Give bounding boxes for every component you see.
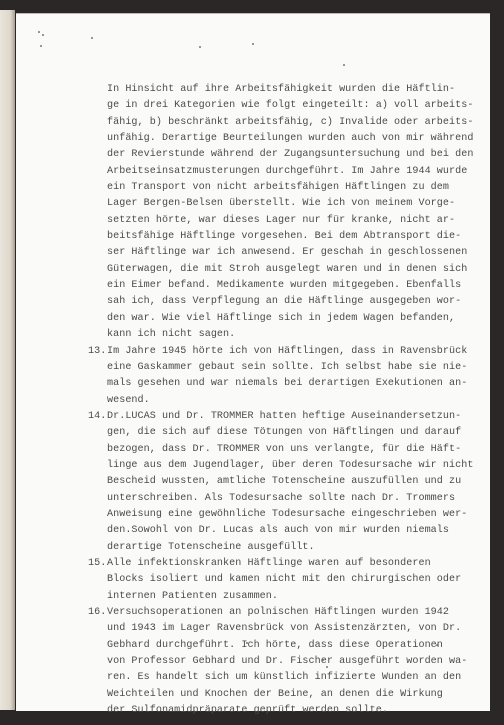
text-line: gen, die sich auf diese Tötungen von Häf… <box>107 425 492 441</box>
numbered-item-14: 14. Dr.LUCAS und Dr. TROMMER hatten heft… <box>107 409 492 556</box>
text-line: ge in drei Kategorien wie folgt eingetei… <box>107 98 492 114</box>
text-line: der Revierstunde während der Zugangsunte… <box>107 147 492 163</box>
text-line: Im Jahre 1945 hörte ich von Häftlingen, … <box>107 344 492 360</box>
text-line: derartige Totenscheine ausgefüllt. <box>107 540 492 556</box>
text-line: den.Sowohl von Dr. Lucas als auch von mi… <box>107 523 492 539</box>
text-line: ein Eimer befand. Medikamente wurden mit… <box>107 278 492 294</box>
text-line: In Hinsicht auf ihre Arbeitsfähigkeit wu… <box>107 82 492 98</box>
page-edge-strip <box>0 10 15 710</box>
text-line: Anweisung eine gewöhnliche Todesursache … <box>107 507 492 523</box>
paper-speck <box>38 31 40 33</box>
text-line: setzten hörte, war dieses Lager nur für … <box>107 213 492 229</box>
document-body: In Hinsicht auf ihre Arbeitsfähigkeit wu… <box>107 82 492 719</box>
text-line: beitsfähige Häftlinge vorgesehen. Bei de… <box>107 229 492 245</box>
text-line: Lager Bergen-Belsen überstellt. Wie ich … <box>107 196 492 212</box>
text-line: den war. Wie viel Häftlinge sich in jede… <box>107 311 492 327</box>
item-number: 13. <box>88 344 106 360</box>
text-line: sah ich, dass Verpflegung an die Häftlin… <box>107 294 492 310</box>
text-line: mals gesehen und war niemals bei derarti… <box>107 376 492 392</box>
text-line: Versuchsoperationen an polnischen Häftli… <box>107 605 492 621</box>
text-line: internen Patienten zusammen. <box>107 589 492 605</box>
text-line: Weichteilen und Knochen der Beine, an de… <box>107 687 492 703</box>
text-line: Alle infektionskranken Häftlinge waren a… <box>107 556 492 572</box>
text-line: ren. Es handelt sich um künstlich infizi… <box>107 670 492 686</box>
text-line: Dr.LUCAS und Dr. TROMMER hatten heftige … <box>107 409 492 425</box>
item-number: 14. <box>88 409 106 425</box>
typewritten-page: In Hinsicht auf ihre Arbeitsfähigkeit wu… <box>16 13 490 711</box>
text-line: kann ich nicht sagen. <box>107 327 492 343</box>
item-number: 16. <box>88 605 106 621</box>
item-number: 15. <box>88 556 106 572</box>
text-line: Gebhard durchgeführt. Ich hörte, dass di… <box>107 638 492 654</box>
text-line: Güterwagen, die mit Stroh ausgelegt ware… <box>107 262 492 278</box>
numbered-item-15: 15. Alle infektionskranken Häftlinge war… <box>107 556 492 605</box>
paper-speck <box>252 43 254 45</box>
numbered-item-13: 13. Im Jahre 1945 hörte ich von Häftling… <box>107 344 492 409</box>
text-line: unfähig. Derartige Beurteilungen wurden … <box>107 131 492 147</box>
text-line: unterschreiben. Als Todesursache sollte … <box>107 491 492 507</box>
paper-speck <box>199 46 201 48</box>
paper-speck <box>40 45 42 47</box>
text-line: der Sulfonamidpräparate geprüft werden s… <box>107 703 492 719</box>
text-line: und 1943 im Lager Ravensbrück von Assist… <box>107 621 492 637</box>
text-line: linge aus dem Jugendlager, über deren To… <box>107 458 492 474</box>
text-line: von Professor Gebhard und Dr. Fischer au… <box>107 654 492 670</box>
text-line: fähig, b) beschränkt arbeitsfähig, c) In… <box>107 115 492 131</box>
text-line: bezogen, dass Dr. TROMMER von uns verlan… <box>107 442 492 458</box>
text-line: eine Gaskammer gebaut sein sollte. Ich s… <box>107 360 492 376</box>
text-line: ser Häftlinge war ich anwesend. Er gesch… <box>107 245 492 261</box>
text-line: ein Transport von nicht arbeitsfähigen H… <box>107 180 492 196</box>
text-line: Arbeitseinsatzmusterungen durchgeführt. … <box>107 164 492 180</box>
paper-speck <box>343 64 345 66</box>
text-line: Bescheid wussten, amtliche Totenscheine … <box>107 474 492 490</box>
paper-speck <box>91 37 93 39</box>
numbered-item-16: 16. Versuchsoperationen an polnischen Hä… <box>107 605 492 719</box>
intro-paragraph: In Hinsicht auf ihre Arbeitsfähigkeit wu… <box>107 82 492 344</box>
paper-speck <box>42 34 44 36</box>
text-line: wesend. <box>107 393 492 409</box>
text-line: Blocks isoliert und kamen nicht mit den … <box>107 572 492 588</box>
